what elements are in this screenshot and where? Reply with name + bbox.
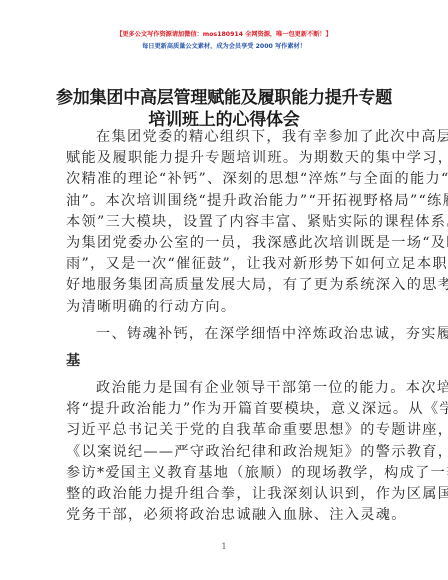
- paragraph-2-line: 习近平总书记关于党的自我革命重要思想》的专题讲座，到: [66, 420, 384, 441]
- paragraph-2-line: 参访*爱国主义教育基地（旅顺）的现场教学，构成了一套完: [66, 463, 384, 484]
- promo-banner-line-2: 每日更新高质量公文素材，成为会员享受 2000 写作素材！: [0, 43, 448, 51]
- paragraph-1-line: 次精准的理论“补钙”、深刻的思想“淬炼”与全面的能力“加: [66, 169, 384, 190]
- paragraph-1-line: 本领”三大模块，设置了内容丰富、紧贴实际的课程体系。作: [66, 212, 384, 233]
- paragraph-2-line: 《以案说纪——严守政治纪律和政治规矩》的警示教育，再到: [66, 442, 384, 463]
- paragraph-1-line: 在集团党委的精心组织下，我有幸参加了此次中高层管理: [66, 127, 384, 148]
- document-page: 【更多公文写作资源请加微信：mos180914 全网资源，唯一包更新不断！】 每…: [0, 0, 448, 580]
- section-heading-line: 一、铸魂补钙，在深学细悟中淬炼政治忠诚，夯实履职之: [66, 324, 384, 345]
- title-line-1: 参加集团中高层管理赋能及履职能力提升专题: [0, 87, 448, 109]
- paragraph-1-line: 油”。本次培训围绕“提升政治能力”“开拓视野格局”“练履职: [66, 191, 384, 212]
- paragraph-1-line: 为集团党委办公室的一员，我深感此次培训既是一场“及时: [66, 233, 384, 254]
- paragraph-2-line: 政治能力是国有企业领导干部第一位的能力。本次培训: [66, 378, 384, 399]
- paragraph-1-line: 好地服务集团高质量发展大局，有了更为系统深入的思考和更: [66, 275, 384, 296]
- paragraph-2-line: 将“提升政治能力”作为开篇首要模块，意义深远。从《学习: [66, 399, 384, 420]
- paragraph-2-line: 整的政治能力提升组合拳，让我深刻认识到，作为区属国企的: [66, 484, 384, 505]
- paragraph-1-line: 雨”，又是一次“催征鼓”，让我对新形势下如何立足本职，更: [66, 254, 384, 275]
- document-title: 参加集团中高层管理赋能及履职能力提升专题 培训班上的心得体会: [0, 87, 448, 131]
- paragraph-1-line: 为清晰明确的行动方向。: [66, 297, 384, 318]
- page-number: 1: [0, 542, 448, 551]
- paragraph-2-line: 党务干部，必须将政治忠诚融入血脉、注入灵魂。: [66, 505, 384, 526]
- promo-banner-line-1: 【更多公文写作资源请加微信：mos180914 全网资源，唯一包更新不断！】: [0, 31, 448, 39]
- paragraph-1-line: 赋能及履职能力提升专题培训班。为期数天的集中学习，是一: [66, 148, 384, 169]
- document-body: 在集团党委的精心组织下，我有幸参加了此次中高层管理 赋能及履职能力提升专题培训班…: [66, 127, 384, 526]
- section-heading-line: 基: [66, 351, 384, 372]
